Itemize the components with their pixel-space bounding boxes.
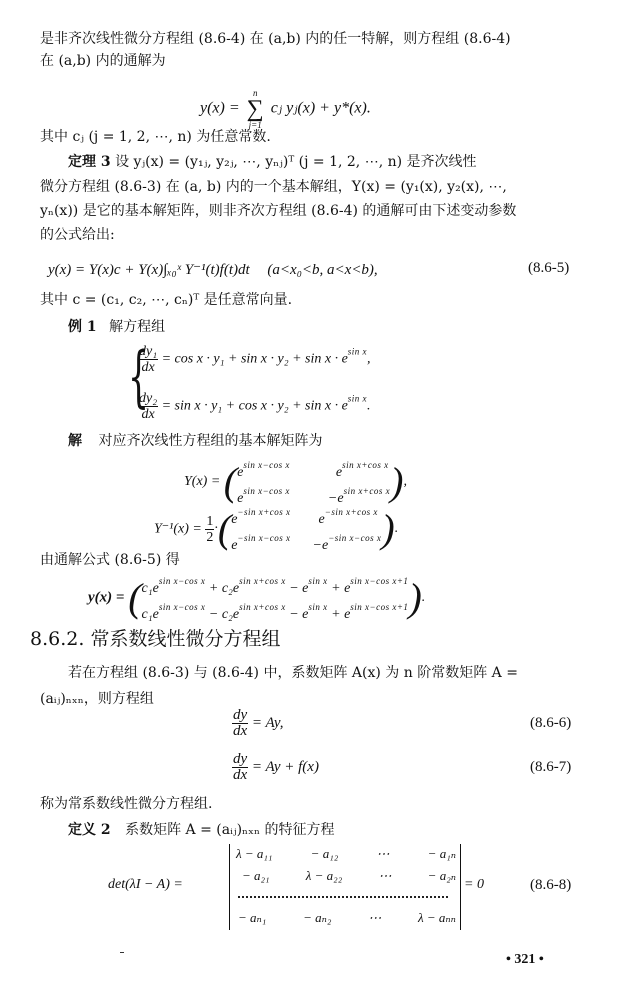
det-row-2: − a₂₁ λ − a₂₂ ⋯ − a₂ₙ [242,868,456,884]
term: c₁e [142,607,159,622]
eq2-rhs: = sin x · y₁ + cos x · y₂ + sin x · e [162,399,348,414]
equation-number-8-6-6: (8.6-6) [530,715,571,732]
Yinv-row-2: e−sin x−cos x−e−sin x−cos x [231,529,381,555]
y-row-1: c₁esin x−cos x + c₂esin x+cos x − esin x… [142,572,409,598]
det-cell: − aₙ₂ [303,910,331,926]
solution-text: 对应齐次线性方程组的基本解矩阵为 [98,433,322,449]
fraction-dy2-dx: dy₂ dx [138,391,158,422]
frac-numerator: 1 [205,514,214,530]
det-rhs: = 0 [464,877,484,893]
det-dotted-row [238,896,448,898]
left-paren: ( [128,575,141,620]
Y-22-exp: sin x+cos x [344,486,391,496]
system-eq1: dy₁ dx = cos x · y₁ + sin x · y₂ + sin x… [138,344,371,375]
exp: sin x [308,576,327,586]
solution-heading: 解 对应齐次线性方程组的基本解矩阵为 [68,432,322,450]
det-cell: − a₂ₙ [428,868,456,884]
eq-general-rhs: cⱼ yⱼ(x) + y*(x). [271,100,371,117]
definition2-label: 定义 2 [68,822,111,838]
para4-line1: 若在方程组 (8.6-3) 与 (8.6-4) 中，系数矩阵 A(x) 为 n … [68,664,518,682]
equation-8-6-7: dy dx = Ay + f(x) [232,752,319,783]
frac-denominator: 2 [205,530,214,545]
definition2-heading: 定义 2 系数矩阵 A = (aᵢⱼ)ₙₓₙ 的特征方程 [68,821,335,839]
Yinv-end: . [395,521,399,536]
fraction-dy-dx: dy dx [232,752,248,783]
eq-867-rhs: = Ay + f(x) [252,759,319,775]
det-cell: ⋯ [376,846,389,862]
Y-12-exp: sin x+cos x [342,460,389,470]
equation-8-6-6: dy dx = Ay, [232,708,283,739]
example1-label: 例 1 [68,319,97,335]
definition2-text: 系数矩阵 A = (aᵢⱼ)ₙₓₙ 的特征方程 [125,822,334,838]
Y-end: , [403,474,407,489]
para1-line2: 在 (a,b) 内的通解为 [40,52,166,70]
frac-denominator: dx [138,407,158,422]
det-cell: λ − a₂₂ [306,868,342,884]
equation-general-solution: y(x) = n ∑ j=1 cⱼ yⱼ(x) + y*(x). [200,88,371,130]
frac-numerator: dy₁ [138,344,158,360]
term: c₁e [142,581,159,596]
para5: 称为常系数线性微分方程组. [40,795,212,813]
frac-denominator: dx [232,724,248,739]
right-paren: ) [381,506,394,551]
equation-number-8-6-7: (8.6-7) [530,759,571,776]
eq2-end: . [367,399,371,414]
frac-denominator: dx [138,360,158,375]
exp: sin x+cos x [239,602,286,612]
exp: sin x−cos x [159,576,206,586]
term: − e [286,607,309,622]
para2: 其中 cⱼ (j = 1, 2, ⋯, n) 为任意常数. [40,128,271,146]
y-entries: c₁esin x−cos x + c₂esin x+cos x − esin x… [142,572,409,624]
exp: sin x−cos x+1 [350,576,408,586]
det-row-3: − aₙ₁ − aₙ₂ ⋯ λ − aₙₙ [238,910,456,926]
det-cell: ⋯ [368,910,381,926]
det-lhs: det(λI − A) = [108,877,183,893]
solution-label: 解 [68,433,82,449]
eq-865-condition: (a<x₀<b, a<x<b), [267,262,377,278]
y-row-2: c₁esin x−cos x − c₂esin x+cos x − esin x… [142,598,409,624]
section-heading: 8.6.2. 常系数线性微分方程组 [30,624,280,651]
page-number: • 321 • [506,952,544,968]
example1-heading: 例 1 解方程组 [68,318,165,336]
equation-number-8-6-8: (8.6-8) [530,877,571,894]
det-cell: λ − aₙₙ [418,910,456,926]
para1-line1: 是非齐次线性微分方程组 (8.6-4) 在 (a,b) 内的任一特解，则方程组 … [40,30,511,48]
term: + e [328,581,351,596]
theorem3-line3: yₙ(x)) 是它的基本解矩阵，则非齐次方程组 (8.6-4) 的通解可由下述变… [40,202,516,220]
term: − c₂e [205,607,239,622]
eq-general-lhs: y(x) = [200,100,244,117]
section-number: 8.6.2. [30,628,84,650]
summation: n ∑ j=1 [247,88,264,130]
frac-numerator: dy₂ [138,391,158,407]
det-cell: ⋯ [378,868,391,884]
Yinv-22-base: −e [313,538,329,553]
sum-symbol: ∑ [247,98,264,120]
fraction-dy1-dx: dy₁ dx [138,344,158,375]
det-cell: λ − a₁₁ [236,846,272,862]
right-paren: ) [408,575,421,620]
scan-artifact-mark [120,952,124,953]
frac-denominator: dx [232,768,248,783]
frac-numerator: dy [232,708,248,724]
eq-865-formula: y(x) = Y(x)c + Y(x)∫ₓ₀ˣ Y⁻¹(t)f(t)dt [48,262,250,278]
Yinv-entries: e−sin x+cos xe−sin x+cos x e−sin x−cos x… [231,503,381,555]
para3: 其中 c = (c₁, c₂, ⋯, cₙ)ᵀ 是任意常向量. [40,291,292,309]
eq2-exponent: sin x [348,394,367,404]
y-end: . [422,590,426,605]
by-formula-text: 由通解公式 (8.6-5) 得 [40,551,180,569]
theorem3-label: 定理 3 [68,154,111,170]
Yinv-21-exp: −sin x−cos x [237,533,290,543]
fraction-dy-dx: dy dx [232,708,248,739]
Yinv-lhs: Y⁻¹(x) = [154,522,205,537]
eq-866-rhs: = Ay, [252,715,284,731]
matrix-Y-inverse: Y⁻¹(x) = 1 2 ·( e−sin x+cos xe−sin x+cos… [154,503,398,555]
det-cell: − aₙ₁ [238,910,266,926]
det-cell: − a₁₂ [311,846,339,862]
exp: sin x−cos x [159,602,206,612]
Y-row-1: esin x−cos xesin x+cos x [237,456,390,482]
Yinv-12-exp: −sin x+cos x [325,507,378,517]
det-row-1: λ − a₁₁ − a₁₂ ⋯ − a₁ₙ [236,846,456,862]
term: − e [286,581,309,596]
left-paren: ( [224,459,237,504]
Y-21-exp: sin x−cos x [243,486,290,496]
theorem3-line2: 微分方程组 (8.6-3) 在 (a, b) 内的一个基本解组，Y(x) = (… [40,178,507,196]
eq1-rhs: = cos x · y₁ + sin x · y₂ + sin x · e [162,352,348,367]
theorem3-line1: 定理 3 设 yⱼ(x) = (y₁ⱼ, y₂ⱼ, ⋯, yₙⱼ)ᵀ (j = … [68,153,477,171]
theorem3-line4: 的公式给出: [40,226,115,244]
equation-8-6-5: y(x) = Y(x)c + Y(x)∫ₓ₀ˣ Y⁻¹(t)f(t)dt (a<… [48,260,378,279]
system-eq2: dy₂ dx = sin x · y₁ + cos x · y₂ + sin x… [138,391,371,422]
right-paren: ) [390,459,403,504]
para4-line2: (aᵢⱼ)ₙₓₙ，则方程组 [40,690,154,708]
Yinv-11-exp: −sin x+cos x [237,507,290,517]
section-title: 常系数线性微分方程组 [90,628,280,650]
theorem3-line1-text: 设 yⱼ(x) = (y₁ⱼ, y₂ⱼ, ⋯, yₙⱼ)ᵀ (j = 1, 2,… [115,154,476,170]
Yinv-22-exp: −sin x−cos x [328,533,381,543]
term: + c₂e [205,581,239,596]
det-cell: − a₂₁ [242,868,270,884]
left-paren: ( [218,506,231,551]
exp: sin x−cos x+1 [350,602,408,612]
equation-number-8-6-5: (8.6-5) [528,260,569,277]
Y-11-exp: sin x−cos x [243,460,290,470]
determinant: λ − a₁₁ − a₁₂ ⋯ − a₁ₙ − a₂₁ λ − a₂₂ ⋯ − … [229,844,461,930]
fraction-one-half: 1 2 [205,514,214,545]
matrix-Y: Y(x) = ( esin x−cos xesin x+cos x esin x… [184,456,407,508]
frac-numerator: dy [232,752,248,768]
eq1-end: , [367,352,371,367]
Y-lhs: Y(x) = [184,474,224,489]
term: + e [328,607,351,622]
y-lhs: y(x) = [88,590,128,606]
eq1-exponent: sin x [348,347,367,357]
Yinv-row-1: e−sin x+cos xe−sin x+cos x [231,503,381,529]
solution-vector: y(x) = ( c₁esin x−cos x + c₂esin x+cos x… [88,572,425,624]
example1-text: 解方程组 [109,319,165,335]
exp: sin x+cos x [239,576,286,586]
Y-entries: esin x−cos xesin x+cos x esin x−cos x−es… [237,456,390,508]
exp: sin x [308,602,327,612]
det-cell: − a₁ₙ [428,846,456,862]
